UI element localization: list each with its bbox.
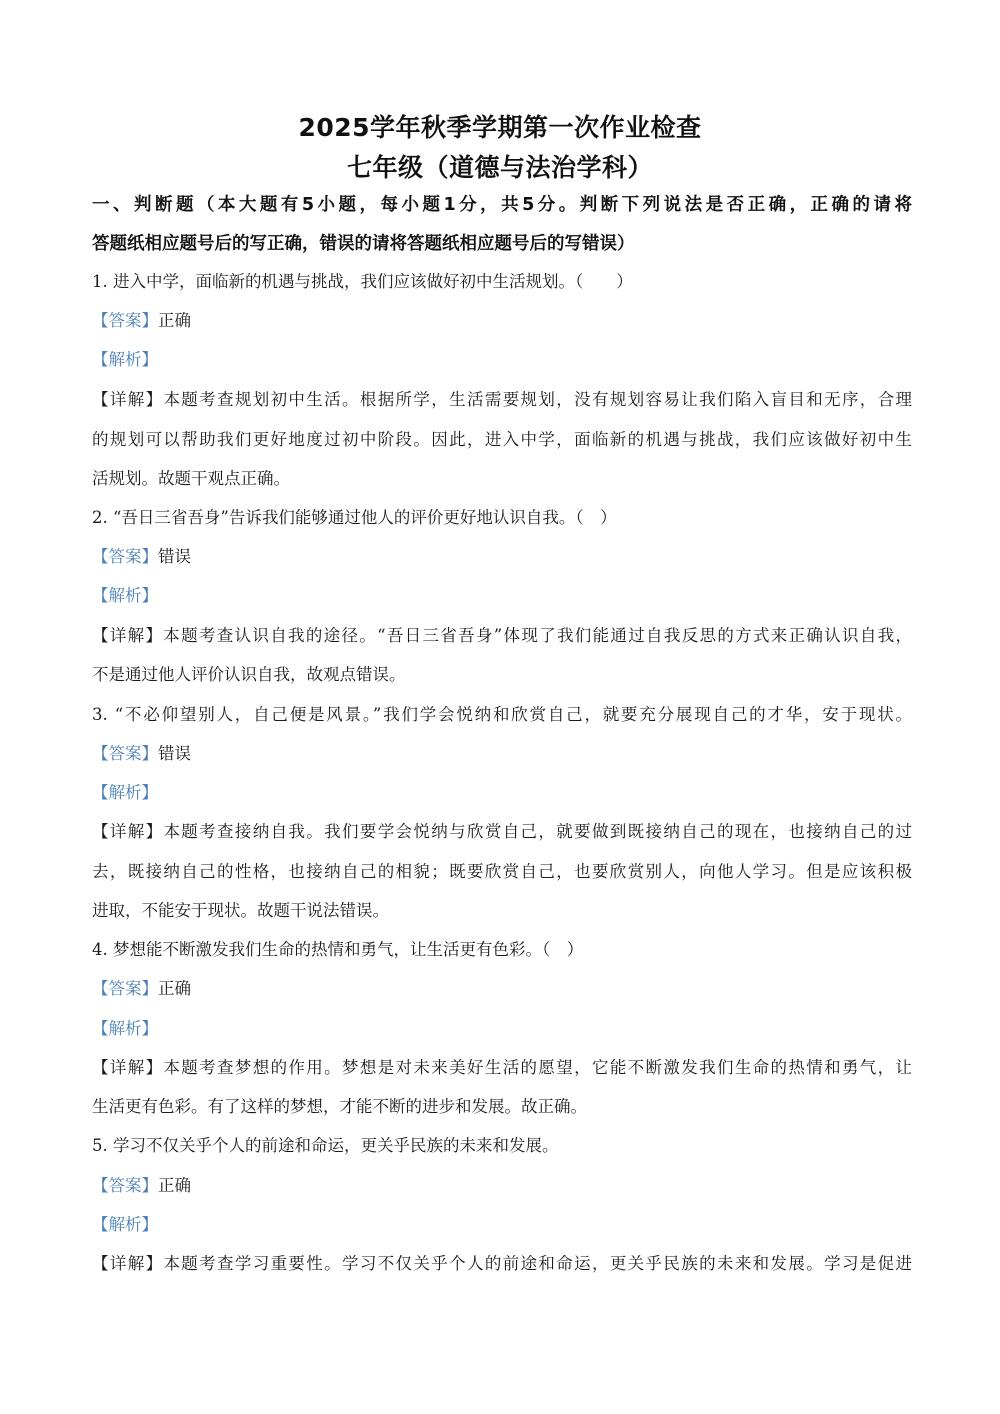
question-5-stem: 5. 学习不仅关乎个人的前途和命运，更关乎民族的未来和发展。 — [92, 1134, 912, 1158]
section-header: 一、判断题（本大题有5小题，每小题1分，共5分。判断下列说法是否正确，正确的请将… — [92, 186, 912, 264]
answer-value: 正确 — [158, 1176, 191, 1195]
detail-text: 本题考查接纳自我。我们要学会悦纳与欣赏自己，就要做到既接纳自己的现在，也接纳自己… — [163, 822, 912, 841]
answer-label: 【答案】 — [92, 311, 158, 330]
answer-label: 【答案】 — [92, 547, 158, 566]
detail-label: 【详解】 — [92, 626, 163, 645]
section-header-line-2: 答题纸相应题号后的写正确，错误的请将答题纸相应题号后的写错误） — [92, 225, 912, 264]
question-4-analysis: 【解析】 — [92, 1017, 912, 1041]
document-title: 2025学年秋季学期第一次作业检查 — [0, 108, 1000, 144]
analysis-label: 【解析】 — [92, 1215, 158, 1234]
detail-text: 本题考查认识自我的途径。“吾日三省吾身”体现了我们能通过自我反思的方式来正确认识… — [163, 626, 912, 645]
question-3-analysis: 【解析】 — [92, 781, 912, 805]
answer-label: 【答案】 — [92, 1176, 158, 1195]
question-3-stem: 3. “不必仰望别人，自己便是风景。”我们学会悦纳和欣赏自己，就要充分展现自己的… — [92, 703, 912, 727]
answer-value: 错误 — [158, 744, 191, 763]
detail-text: 本题考查梦想的作用。梦想是对未来美好生活的愿望，它能不断激发我们生命的热情和勇气… — [163, 1058, 912, 1077]
answer-value: 正确 — [158, 311, 191, 330]
question-2-answer: 【答案】错误 — [92, 545, 912, 569]
question-2-detail-line-2: 不是通过他人评价认识自我，故观点错误。 — [92, 663, 912, 687]
detail-label: 【详解】 — [92, 822, 163, 841]
question-1-detail-line-1: 【详解】本题考查规划初中生活。根据所学，生活需要规划，没有规划容易让我们陷入盲目… — [92, 388, 912, 412]
answer-value: 错误 — [158, 547, 191, 566]
question-1-stem: 1. 进入中学，面临新的机遇与挑战，我们应该做好初中生活规划。（ ） — [92, 270, 912, 294]
question-3-detail-line-3: 进取，不能安于现状。故题干说法错误。 — [92, 899, 912, 923]
detail-label: 【详解】 — [92, 1254, 163, 1273]
analysis-label: 【解析】 — [92, 350, 158, 369]
answer-value: 正确 — [158, 979, 191, 998]
question-4-detail-line-1: 【详解】本题考查梦想的作用。梦想是对未来美好生活的愿望，它能不断激发我们生命的热… — [92, 1056, 912, 1080]
question-1-detail-line-3: 活规划。故题干观点正确。 — [92, 467, 912, 491]
question-2-stem: 2. “吾日三省吾身”告诉我们能够通过他人的评价更好地认识自我。（ ） — [92, 506, 912, 530]
answer-label: 【答案】 — [92, 744, 158, 763]
question-1-detail-line-2: 的规划可以帮助我们更好地度过初中阶段。因此，进入中学，面临新的机遇与挑战，我们应… — [92, 428, 912, 452]
question-3-detail-line-2: 去，既接纳自己的性格，也接纳自己的相貌；既要欣赏自己，也要欣赏别人，向他人学习。… — [92, 860, 912, 884]
section-header-line-1: 一、判断题（本大题有5小题，每小题1分，共5分。判断下列说法是否正确，正确的请将 — [92, 186, 912, 225]
question-1-analysis: 【解析】 — [92, 348, 912, 372]
question-4-stem: 4. 梦想能不断激发我们生命的热情和勇气，让生活更有色彩。（ ） — [92, 938, 912, 962]
detail-text: 本题考查学习重要性。学习不仅关乎个人的前途和命运，更关乎民族的未来和发展。学习是… — [163, 1254, 912, 1273]
question-5-detail-line-1: 【详解】本题考查学习重要性。学习不仅关乎个人的前途和命运，更关乎民族的未来和发展… — [92, 1252, 912, 1276]
analysis-label: 【解析】 — [92, 586, 158, 605]
question-4-detail-line-2: 生活更有色彩。有了这样的梦想，才能不断的进步和发展。故正确。 — [92, 1095, 912, 1119]
question-3-answer: 【答案】错误 — [92, 742, 912, 766]
document-subtitle: 七年级（道德与法治学科） — [0, 148, 1000, 184]
question-5-analysis: 【解析】 — [92, 1213, 912, 1237]
question-3-detail-line-1: 【详解】本题考查接纳自我。我们要学会悦纳与欣赏自己，就要做到既接纳自己的现在，也… — [92, 820, 912, 844]
detail-text: 本题考查规划初中生活。根据所学，生活需要规划，没有规划容易让我们陷入盲目和无序，… — [163, 390, 912, 409]
question-1-answer: 【答案】正确 — [92, 309, 912, 333]
question-2-analysis: 【解析】 — [92, 584, 912, 608]
analysis-label: 【解析】 — [92, 1019, 158, 1038]
detail-label: 【详解】 — [92, 1058, 163, 1077]
question-2-detail-line-1: 【详解】本题考查认识自我的途径。“吾日三省吾身”体现了我们能通过自我反思的方式来… — [92, 624, 912, 648]
question-5-answer: 【答案】正确 — [92, 1174, 912, 1198]
document-page: 2025学年秋季学期第一次作业检查 七年级（道德与法治学科） 一、判断题（本大题… — [0, 0, 1000, 1414]
detail-label: 【详解】 — [92, 390, 163, 409]
answer-label: 【答案】 — [92, 979, 158, 998]
analysis-label: 【解析】 — [92, 783, 158, 802]
question-4-answer: 【答案】正确 — [92, 977, 912, 1001]
